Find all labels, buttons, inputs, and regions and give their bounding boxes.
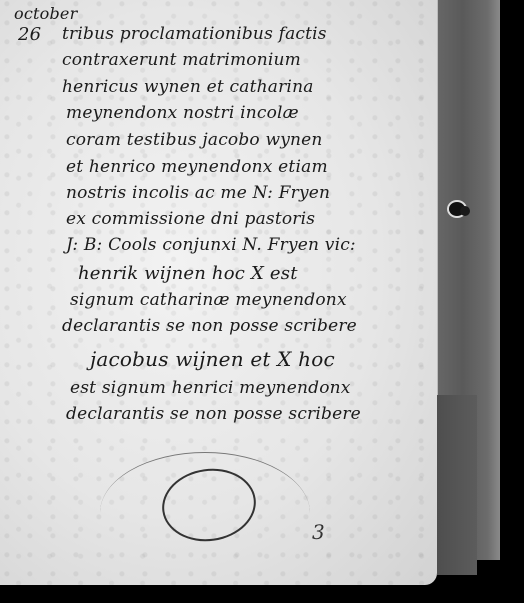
binding-hole-shadow [460, 206, 470, 216]
book-spine-lower [437, 395, 477, 575]
entry-line: nostris incolis ac me N: Fryen [66, 183, 330, 203]
entry-line: contraxerunt matrimonium [62, 50, 301, 70]
entry-line: meynendonx nostri incolæ [66, 103, 299, 123]
entry-line: coram testibus jacobo wynen [66, 130, 323, 150]
entry-line: tribus proclamationibus factis [62, 24, 327, 44]
entry-month: october [14, 4, 77, 23]
signature-line: jacobus wijnen et X hoc [90, 347, 335, 371]
folio-mark: 3 [312, 520, 325, 544]
signature-line: declarantis se non posse scribere [62, 316, 357, 336]
entry-line: ex commissione dni pastoris [66, 209, 315, 229]
signature-line: declarantis se non posse scribere [66, 404, 361, 424]
entry-day: 26 [18, 24, 41, 45]
signature-line: henrik wijnen hoc X est [78, 263, 298, 284]
signature-line: signum catharinæ meynendonx [70, 290, 347, 310]
entry-line: et henrico meynendonx etiam [66, 157, 328, 177]
entry-line: henricus wynen et catharina [62, 77, 314, 97]
register-page: october 26 tribus proclamationibus facti… [0, 0, 437, 585]
entry-line: J: B: Cools conjunxi N. Fryen vic: [66, 235, 356, 255]
signature-line: est signum henrici meynendonx [70, 378, 351, 398]
